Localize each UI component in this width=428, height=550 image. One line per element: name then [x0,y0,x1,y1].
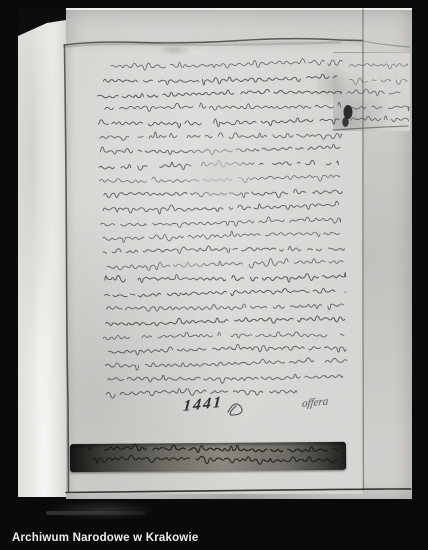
archival-scan-stage: 1441 offera Archiwum Narodowe w Krakowie [0,0,428,550]
stained-footer-band [70,442,346,472]
overlapping-fragment [333,52,410,131]
manuscript-page [66,41,363,494]
background-streak [46,511,146,515]
archive-watermark-label: Archiwum Narodowe w Krakowie [12,532,198,544]
background-smudge [36,497,170,523]
page-edge-strip [18,20,66,497]
corner-inscription: offera [301,396,329,410]
